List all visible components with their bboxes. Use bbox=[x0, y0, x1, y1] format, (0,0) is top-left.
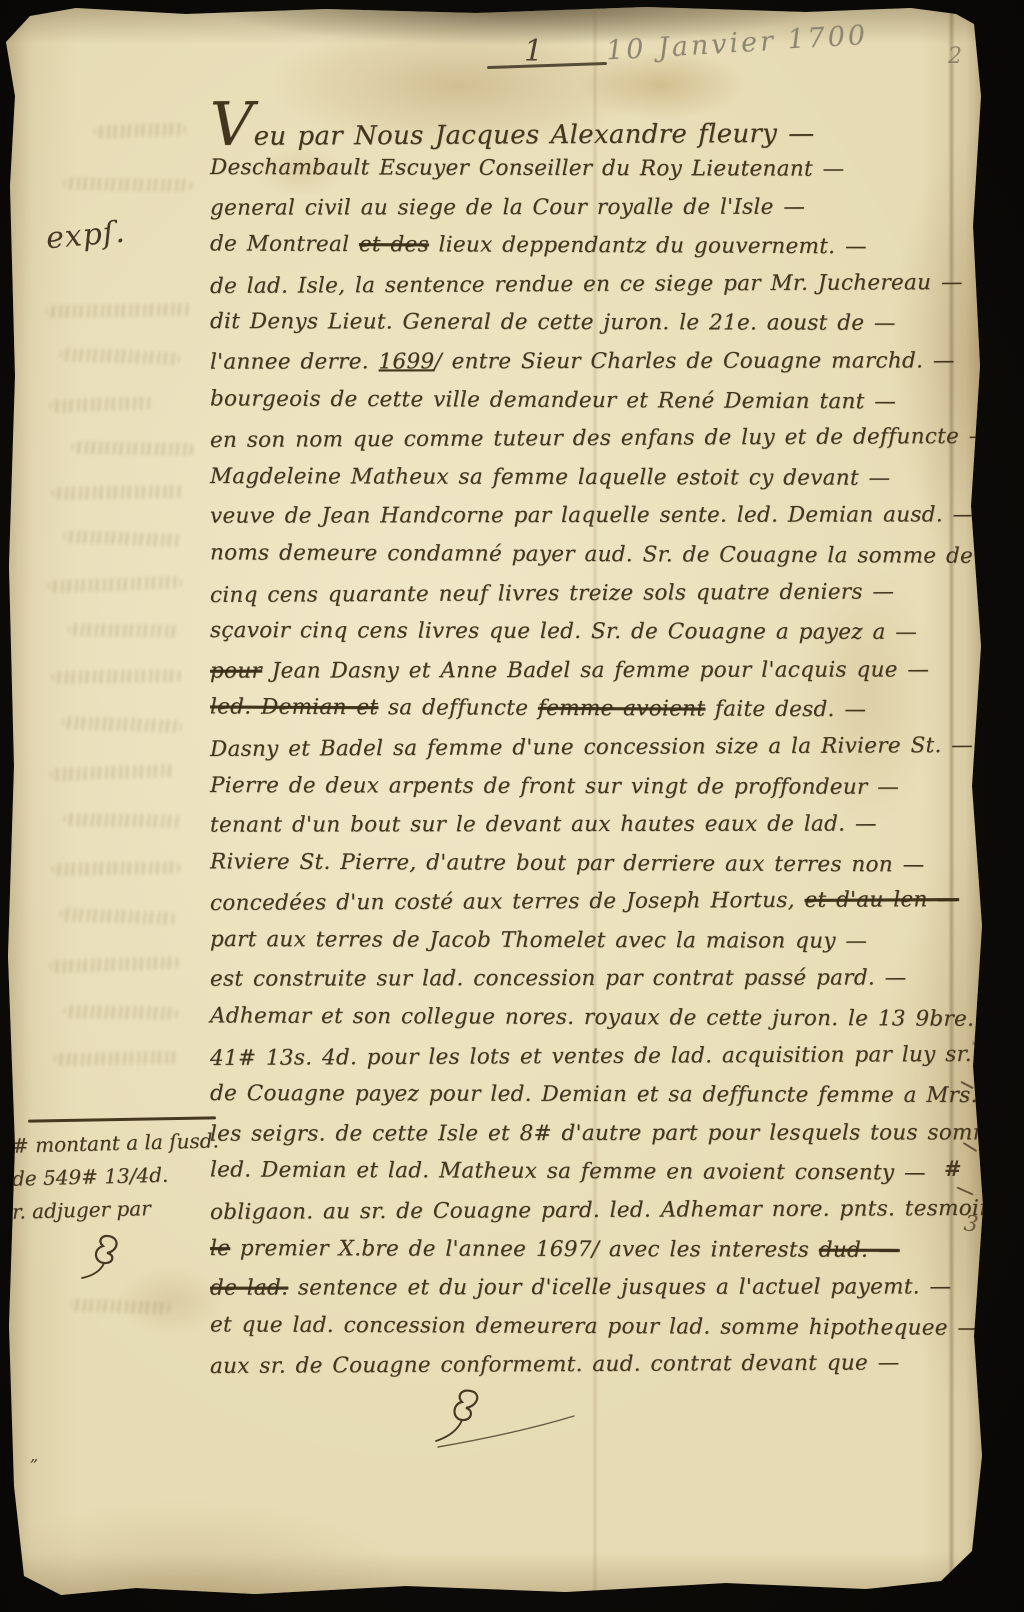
manuscript-line: de Montreal et des lieux deppendantz du … bbox=[210, 226, 955, 268]
bleedthrough-mark bbox=[62, 716, 182, 733]
manuscript-segment: aux sr. de Couagne conformemt. aud. cont… bbox=[210, 1351, 900, 1380]
manuscript-line: veuve de Jean Handcorne par laquelle sen… bbox=[210, 497, 955, 537]
manuscript-line: l'annee derre. 1699/ entre Sieur Charles… bbox=[210, 342, 955, 382]
manuscript-segment: Riviere St. Pierre, d'autre bout par der… bbox=[210, 849, 925, 877]
manuscript-segment: est construite sur lad. concession par c… bbox=[210, 966, 906, 992]
manuscript-line: Riviere St. Pierre, d'autre bout par der… bbox=[210, 843, 955, 885]
manuscript-segment: sentence et du jour d'icelle jusques a l… bbox=[288, 1275, 951, 1301]
bleedthrough-mark bbox=[70, 1298, 170, 1314]
manuscript-segment: Magdeleine Matheux sa femme laquelle est… bbox=[210, 464, 890, 491]
manuscript-segment: faite desd. — bbox=[705, 697, 866, 723]
manuscript-line: Adhemar et son collegue nores. royaux de… bbox=[210, 997, 955, 1039]
manuscript-line: 41# 13s. 4d. pour les lots et ventes de … bbox=[210, 1036, 955, 1078]
bleedthrough-mark bbox=[60, 908, 176, 925]
margin-note-separator bbox=[28, 1116, 216, 1122]
manuscript-segment: Jean Dasny et Anne Badel sa femme pour l… bbox=[262, 657, 929, 683]
manuscript-segment: part aux terres de Jacob Thomelet avec l… bbox=[210, 927, 867, 954]
manuscript-line: et que lad. concession demeurera pour la… bbox=[210, 1306, 955, 1348]
bleedthrough-mark bbox=[68, 623, 180, 638]
edge-number-5: 5 bbox=[972, 1026, 985, 1050]
margin-exp-note: expſ. bbox=[45, 215, 127, 257]
manuscript-line: Dasny et Badel sa femme d'une concession… bbox=[210, 727, 955, 769]
edge-tick-mark bbox=[956, 1186, 973, 1195]
manuscript-line: pour Jean Dasny et Anne Badel sa femme p… bbox=[210, 651, 955, 691]
bleedthrough-mark bbox=[54, 1051, 178, 1066]
bleedthrough-mark bbox=[64, 813, 182, 828]
manuscript-segment: de Montreal bbox=[210, 232, 359, 258]
bleedthrough-mark bbox=[94, 122, 186, 138]
page-number: 2 bbox=[948, 44, 962, 69]
bleedthrough-mark bbox=[64, 177, 192, 192]
amount-note-lines: # montant a la ſusd.de 549# 13/4d.r. adj… bbox=[12, 1127, 222, 1226]
bleedthrough-mark bbox=[52, 669, 182, 684]
bleedthrough-mark bbox=[64, 530, 182, 547]
manuscript-segment: dud. — bbox=[819, 1237, 900, 1262]
manuscript-segment: 1699 bbox=[378, 349, 434, 374]
manuscript-line: tenant d'un bout sur le devant aux haute… bbox=[210, 805, 955, 845]
bleedthrough-mark bbox=[52, 485, 184, 500]
manuscript-text: Veu par Nous Jacques Alexandre fleury —D… bbox=[210, 96, 955, 1385]
manuscript-line: les seigrs. de cette Isle et 8# d'autre … bbox=[210, 1114, 955, 1154]
manuscript-segment: Pierre de deux arpents de front sur ving… bbox=[210, 773, 899, 800]
manuscript-line: Pierre de deux arpents de front sur ving… bbox=[210, 767, 955, 808]
manuscript-line: bourgeois de cette ville demandeur et Re… bbox=[210, 380, 955, 422]
pencil-date-annotation: 10 Janvier 1700 bbox=[605, 20, 869, 67]
manuscript-segment: Deschambault Escuyer Conseiller du Roy L… bbox=[210, 155, 844, 182]
manuscript-line: Veu par Nous Jacques Alexandre fleury — bbox=[210, 94, 955, 152]
manuscript-segment: Dasny et Badel sa femme d'une concession… bbox=[210, 733, 973, 762]
manuscript-line: cinq cens quarante neuf livres treize so… bbox=[210, 573, 955, 615]
manuscript-segment: bourgeois de cette ville demandeur et Re… bbox=[210, 386, 896, 414]
manuscript-line: general civil au siege de la Cour royall… bbox=[210, 188, 955, 228]
manuscript-segment: Adhemar et son collegue nores. royaux de… bbox=[210, 1003, 984, 1031]
manuscript-line: obligaon. au sr. de Couagne pard. led. A… bbox=[210, 1190, 955, 1232]
bleedthrough-mark bbox=[52, 861, 180, 876]
manuscript-segment: pour bbox=[210, 658, 262, 683]
bleedthrough-mark bbox=[48, 576, 182, 594]
bleedthrough-mark bbox=[46, 303, 192, 319]
manuscript-segment: le bbox=[210, 1236, 230, 1261]
manuscript-line: aux sr. de Couagne conformemt. aud. cont… bbox=[210, 1344, 955, 1386]
manuscript-line: concedées d'un costé aux terres de Josep… bbox=[210, 881, 955, 923]
manuscript-segment: femme avoient bbox=[538, 696, 706, 722]
manuscript-segment: et que lad. concession demeurera pour la… bbox=[210, 1312, 979, 1340]
manuscript-line: de lad. Isle, la sentence rendue en ce s… bbox=[210, 264, 955, 306]
manuscript-line: led. Demian et lad. Matheux sa femme en … bbox=[210, 1152, 955, 1194]
closing-paraph-icon bbox=[428, 1384, 578, 1452]
manuscript-line: de lad. sentence et du jour d'icelle jus… bbox=[210, 1269, 955, 1309]
bottom-left-mark: „ bbox=[30, 1446, 38, 1465]
manuscript-segment: sçavoir cinq cens livres que led. Sr. de… bbox=[210, 618, 917, 645]
manuscript-segment: lieux deppendantz du gouvernemt. — bbox=[429, 233, 867, 260]
bleedthrough-mark bbox=[50, 396, 154, 413]
bleedthrough-mark bbox=[60, 348, 180, 365]
reference-hash-mark: # bbox=[944, 1156, 962, 1181]
manuscript-segment: de lad. Isle, la sentence rendue en ce s… bbox=[210, 270, 963, 299]
paper-sheet: 1 10 Janvier 1700 2 expſ. Veu par Nous J… bbox=[6, 6, 988, 1598]
manuscript-line: part aux terres de Jacob Thomelet avec l… bbox=[210, 921, 955, 962]
manuscript-segment: led. Demian et bbox=[210, 695, 378, 721]
bleedthrough-mark bbox=[50, 764, 176, 781]
manuscript-segment: / entre Sieur Charles de Couagne marchd.… bbox=[434, 348, 954, 374]
notary-paraph-icon bbox=[78, 1232, 132, 1280]
manuscript-segment: obligaon. au sr. de Couagne pard. led. A… bbox=[210, 1196, 1024, 1225]
manuscript-line: en son nom que comme tuteur des enfans d… bbox=[210, 418, 955, 460]
manuscript-line: de Couagne payez pour led. Demian et sa … bbox=[210, 1075, 955, 1116]
bleedthrough-mark bbox=[64, 1005, 178, 1020]
manuscript-segment: 41# 13s. 4d. pour les lots et ventes de … bbox=[210, 1041, 1003, 1070]
manuscript-segment: et d'au len — bbox=[804, 887, 959, 913]
manuscript-line: dit Denys Lieut. General de cette juron.… bbox=[210, 303, 955, 344]
cancellation-stroke bbox=[487, 62, 607, 69]
manuscript-line: noms demeure condamné payer aud. Sr. de … bbox=[210, 534, 955, 576]
manuscript-segment: Veu par Nous Jacques Alexandre fleury — bbox=[210, 119, 815, 152]
manuscript-line: Deschambault Escuyer Conseiller du Roy L… bbox=[210, 149, 955, 190]
manuscript-segment: dit Denys Lieut. General de cette juron.… bbox=[210, 309, 896, 336]
manuscript-segment: noms demeure condamné payer aud. Sr. de … bbox=[210, 540, 1005, 568]
bleedthrough-mark bbox=[50, 956, 180, 974]
amount-note-line: # montant a la ſusd. bbox=[12, 1124, 223, 1162]
manuscript-segment: sa deffuncte bbox=[378, 695, 538, 721]
manuscript-line: est construite sur lad. concession par c… bbox=[210, 960, 955, 1000]
edge-number-3: 3 bbox=[962, 1211, 979, 1238]
scanned-manuscript-page: 1 10 Janvier 1700 2 expſ. Veu par Nous J… bbox=[0, 0, 1024, 1612]
struck-folio-number: 1 bbox=[524, 34, 543, 69]
manuscript-segment: general civil au siege de la Cour royall… bbox=[210, 194, 805, 220]
manuscript-segment: tenant d'un bout sur le devant aux haute… bbox=[210, 812, 877, 838]
manuscript-line: led. Demian et sa deffuncte femme avoien… bbox=[210, 689, 955, 731]
manuscript-segment: concedées d'un costé aux terres de Josep… bbox=[210, 888, 805, 916]
manuscript-segment: veuve de Jean Handcorne par laquelle sen… bbox=[210, 503, 974, 529]
manuscript-line: Magdeleine Matheux sa femme laquelle est… bbox=[210, 458, 955, 499]
manuscript-segment: en son nom que comme tuteur des enfans d… bbox=[210, 424, 991, 453]
amount-note-line: r. adjuger par bbox=[12, 1190, 223, 1228]
manuscript-line: le premier X.bre de l'annee 1697/ avec l… bbox=[210, 1230, 955, 1271]
margin-amount-note: # montant a la ſusd.de 549# 13/4d.r. adj… bbox=[12, 1118, 222, 1226]
manuscript-segment: de lad. bbox=[210, 1276, 288, 1301]
manuscript-segment: et des bbox=[359, 232, 429, 257]
manuscript-line: sçavoir cinq cens livres que led. Sr. de… bbox=[210, 612, 955, 653]
manuscript-segment: les seigrs. de cette Isle et 8# d'autre … bbox=[210, 1120, 1018, 1146]
manuscript-segment: de Couagne payez pour led. Demian et sa … bbox=[210, 1081, 1009, 1108]
manuscript-segment: led. Demian et lad. Matheux sa femme en … bbox=[210, 1158, 926, 1186]
manuscript-segment: l'annee derre. bbox=[210, 349, 379, 374]
manuscript-segment: premier X.bre de l'annee 1697/ avec les … bbox=[230, 1236, 819, 1263]
bleedthrough-mark bbox=[72, 441, 194, 456]
manuscript-segment: 1697 bbox=[984, 1007, 1024, 1032]
amount-note-line: de 549# 13/4d. bbox=[12, 1157, 223, 1195]
manuscript-segment: cinq cens quarante neuf livres treize so… bbox=[210, 579, 894, 608]
